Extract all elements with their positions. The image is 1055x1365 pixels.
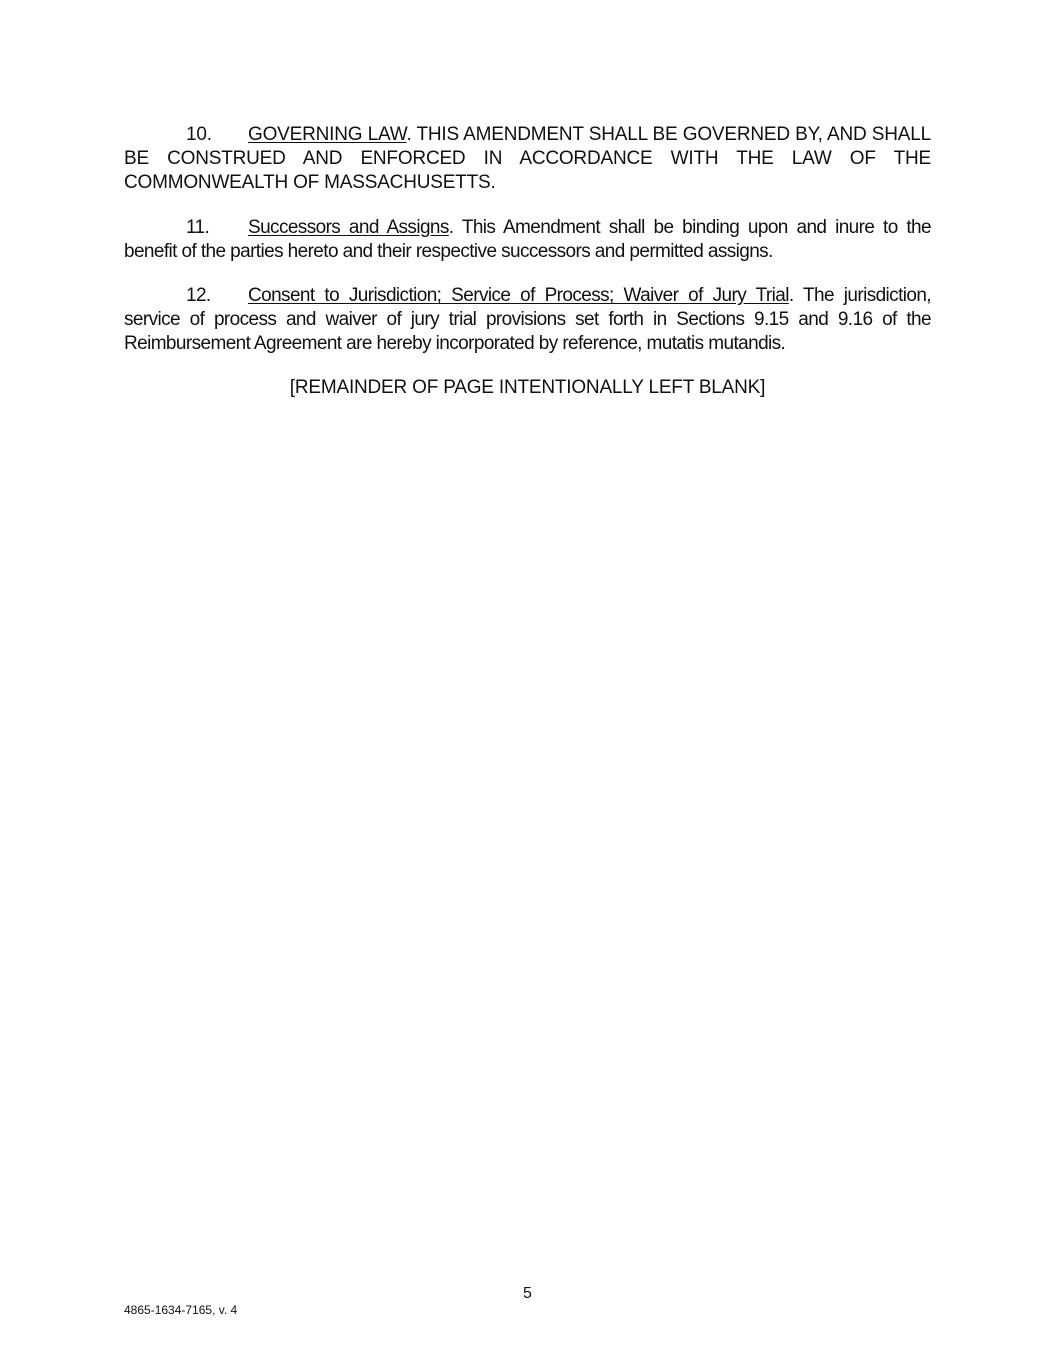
remainder-blank-note: [REMAINDER OF PAGE INTENTIONALLY LEFT BL… bbox=[124, 376, 931, 400]
page-number: 5 bbox=[0, 1284, 1055, 1304]
section-number: 12. bbox=[186, 284, 248, 308]
section-heading: Consent to Jurisdiction; Service of Proc… bbox=[248, 285, 789, 306]
section-heading: GOVERNING LAW bbox=[248, 124, 406, 145]
section-heading: Successors and Assigns bbox=[248, 217, 449, 238]
section-successors-and-assigns: 11.Successors and Assigns. This Amendmen… bbox=[124, 216, 931, 264]
section-consent-to-jurisdiction: 12.Consent to Jurisdiction; Service of P… bbox=[124, 284, 931, 356]
document-id: 4865-1634-7165, v. 4 bbox=[124, 1302, 237, 1318]
section-governing-law: 10.GOVERNING LAW. THIS AMENDMENT SHALL B… bbox=[124, 123, 931, 195]
document-page: 10.GOVERNING LAW. THIS AMENDMENT SHALL B… bbox=[0, 0, 1055, 1365]
section-number: 10. bbox=[186, 123, 248, 147]
section-number: 11. bbox=[186, 216, 248, 240]
